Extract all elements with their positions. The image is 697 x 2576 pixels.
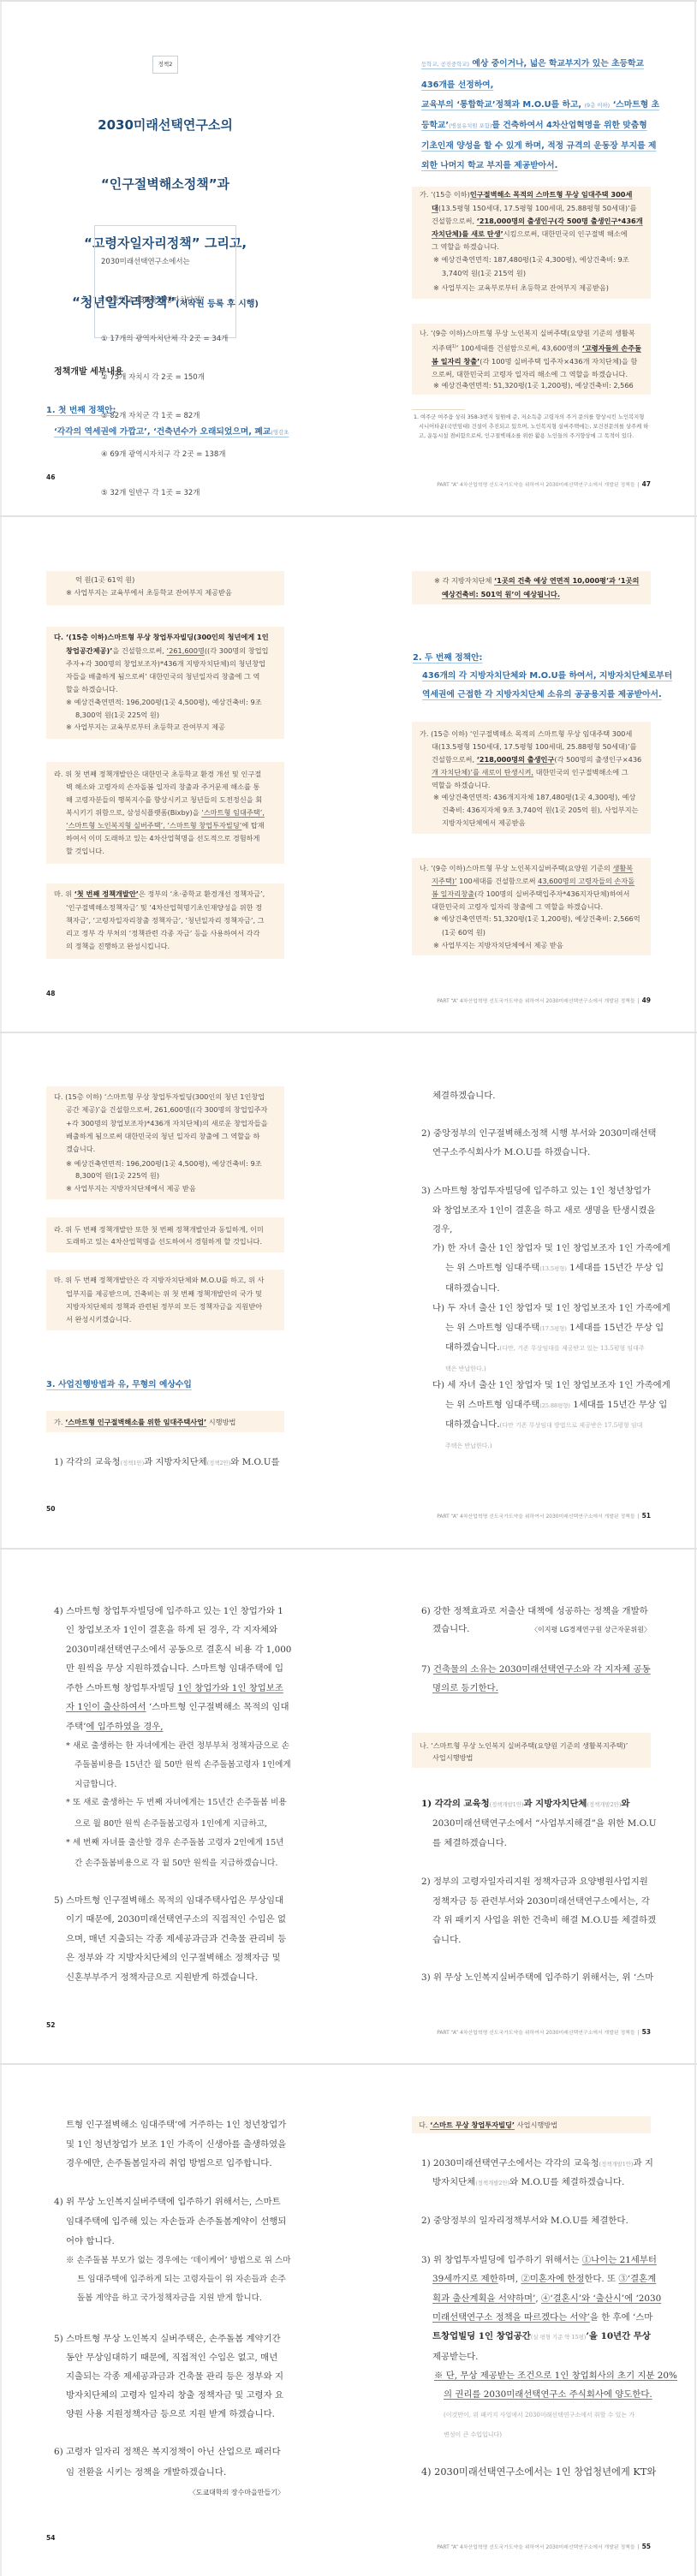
running-footer: PART “A” 4차산업혁명 선도국가도약을 위하여서 2030미래선택연구소… <box>412 990 651 1006</box>
step-text: 와 <box>621 1799 629 1809</box>
footer-separator: | <box>638 2031 640 2036</box>
policy-text-small: (영감초 <box>271 429 289 436</box>
step-text: 와 M.O.U를 <box>230 1457 279 1467</box>
footer-separator: | <box>638 999 640 1004</box>
footer-text: PART “A” 4차산업혁명 선도국가도약을 위하여서 2030미래선택연구소… <box>437 2031 634 2036</box>
substep-na: 나) 두 자녀 출산 1인 창업자 및 1인 창업보조자 1인 가족에게 는 위… <box>432 1299 670 1379</box>
policy-text: 등학교, 공진중학교) 예상 중이거나, 넓은 학교부지가 있는 초등학교 43… <box>421 54 659 176</box>
step-text: 한다. 또 <box>584 2274 618 2284</box>
step-annotation: (정책개발2안) <box>475 2180 509 2186</box>
subsection-da: 다. ‘스마트 무상 창업투자빌딩’ 사업시행방법 <box>419 2120 557 2130</box>
page-47: 등학교, 공진중학교) 예상 중이거나, 넓은 학교부지가 있는 초등학교 43… <box>348 0 697 515</box>
da-step-4: 4) 2030미래선택연구소에서는 1인 창업청년에게 KT와 <box>421 2462 656 2483</box>
info-line: “대한민국 436개 지방자치단체” <box>101 294 235 307</box>
da-step-2: 2) 중앙정부의 일자리정책부서와 M.O.U를 체결한다. <box>421 2211 628 2230</box>
subsection-ga: 가. ‘스마트형 인구절벽해소를 위한 임대주택사업’ 시행방법 <box>54 1416 235 1429</box>
step-text: 1) 각각의 교육청 <box>421 1799 490 1809</box>
step-note: ※ 손주돌봄 부모가 없는 경우에는 ‘데이케어’ 방법으로 위 스마 트 임대… <box>66 2252 291 2309</box>
policy-text: 436개의 각 지방자치단체와 M.O.U를 하여서, 지방자치단체로부터 역세… <box>422 667 672 704</box>
item-text: 100세대를 건설함으로써 <box>457 877 539 885</box>
spread-50-51: 다. (15층 이하) ‘스마트형 무상 창업투자빌딩(300인의 청년 1인창… <box>0 1032 697 1548</box>
step-emphasis: 트창업빌딩 1인 창업공간 <box>432 2331 531 2341</box>
step-emphasis: ’을 10년간 무상 <box>586 2331 651 2341</box>
step-annotation: (13.5평형) <box>539 1265 567 1272</box>
title-line: “인구절벽해소정책”과 <box>34 175 296 194</box>
title-line: 2030미래선택연구소의 <box>34 116 296 135</box>
item-text: 을 건설함으로써, <box>112 646 166 655</box>
step-7: 7) 건축물의 소유는 2030미래선택연구소와 각 지자체 공동 명의로 등기… <box>421 1660 651 1698</box>
step-note: ※ 단, 무상 제공받는 조건으로 1인 창업회사의 초기 지분 20% 의 권… <box>434 2366 677 2405</box>
running-footer: PART “A” 4차산업혁명 선도국가도약을 위하여서 2030미래선택연구소… <box>412 2536 651 2552</box>
step-text: 3) 위 창업투자빌딩에 입주하기 위해서는 <box>421 2255 582 2265</box>
spread-46-47: 정책2 2030미래선택연구소의 “인구절벽해소정책”과 “고령자일자리정책” … <box>0 0 697 515</box>
step-underline: 건축물의 소유는 2030미래선택연구소와 각 지자체 공동 명의로 등기한다. <box>432 1664 651 1694</box>
citation: 〈도쿄대학의 장수마을만들기〉 <box>46 2488 284 2498</box>
section-heading: 정책개발 세부내용 <box>54 366 123 378</box>
carry-line: ※ 사업부지는 교육부에서 초등학교 잔여부지 제공받음 <box>66 586 232 599</box>
item-note: ※ 예상건축연면적: 196,200평(1곳 4,500평), 예상건축비: 9… <box>66 1157 262 1182</box>
item-note: ※ 예상건축연면적: 51,320평(1곳 1,200평), 예상건축비: 2,… <box>433 379 634 392</box>
info-box: 2030미래선택연구소에서는 “대한민국 436개 지방자치단체” ① 17개의… <box>94 225 236 338</box>
item-emphasis: ‘218,000명의 출생인구 <box>477 755 555 764</box>
info-line: 2030미래선택연구소에서는 <box>101 256 235 269</box>
item-note: ※ 사업부지는 지방자치단체에서 제공 받음 <box>66 1182 196 1195</box>
page-51: 체결하겠습니다. 2) 중앙정부의 인구절벽해소정책 시행 부서와 2030미래… <box>348 1032 697 1548</box>
step-text: 와 M.O.U를 체결하겠습니다. <box>509 2177 624 2187</box>
footer-text: PART “A” 4차산업혁명 선도국가도약을 위하여서 2030미래선택연구소… <box>437 1514 634 1520</box>
step-text: 7) <box>421 1664 433 1675</box>
step-3: 3) 스마트형 창업투자빌딩에 입주하고 있는 1인 청년창업가 와 창업보조자… <box>421 1181 656 1240</box>
step-2: 2) 중앙정부의 인구절벽해소정책 시행 부서와 2030미래선택 연구소주식회… <box>421 1125 656 1162</box>
sub-emphasis: ‘스마트형 인구절벽해소를 위한 임대주택사업’ <box>65 1418 206 1426</box>
page-46: 정책2 2030미래선택연구소의 “인구절벽해소정책”과 “고령자일자리정책” … <box>0 0 348 515</box>
page-52: 4) 스마트형 창업투자빌딩에 입주하고 있는 1인 창업가와 1 인 창업보조… <box>0 1548 348 2063</box>
item-ga: 가. ‘(15층 이하)인구절벽해소 목적의 스마트형 무상 임대주택 300세… <box>420 188 643 253</box>
step-annotation: (정책1안) <box>121 1460 145 1466</box>
page-number: 50 <box>46 1505 55 1514</box>
page-number: 52 <box>46 2021 55 2030</box>
page-number: 46 <box>46 473 55 482</box>
page-number: 47 <box>642 480 651 488</box>
footer-separator: | <box>638 2545 640 2550</box>
item-na: 나. ‘(9층 이하)스마트형 무상 노인복지실버주택(요양원 기준의 생활복 … <box>420 862 634 913</box>
note-text: ※ 각 지방자치단체 <box>434 576 494 585</box>
carry-line: 억 원(1곳 61억 원) <box>75 574 134 586</box>
na-step-1: 1) 각각의 교육청(정책개발1안)과 지방자치단체(정책개발2안)와 2030… <box>421 1794 657 1853</box>
footer-separator: | <box>638 1514 640 1520</box>
item-note: ※ 사업부지는 지방자치단체에서 제공 받음 <box>433 939 563 952</box>
info-line: ① 17개의 광역자치단체 각 2곳 = 34개 <box>101 333 235 346</box>
step-text: 제공받는다. <box>432 2352 479 2362</box>
na-step-5: 5) 스마트형 무상 노인복지 실버주택은, 손주돌봄 계약기간 동안 무상임대… <box>54 2329 283 2424</box>
carry-note: ※ 각 지방자치단체 ‘1곳의 건축 예상 연면적 10,000평’과 ‘1곳의… <box>434 574 639 601</box>
step-text: 1) 각각의 교육청 <box>54 1457 121 1467</box>
policy-text-segment: ‘각각의 역세권에 가깝고’, ‘건축년수가 오래되었으며, 폐교 <box>54 427 271 437</box>
step-underline: 에 입주하였을 경우, <box>86 1722 163 1732</box>
item-underline: ‘261,600명 <box>166 646 204 655</box>
footer-text: PART “A” 4차산업혁명 선도국가도약을 위하여서 2030미래선택연구소… <box>437 483 634 488</box>
step-annotation: (실 평형 기준 약 15평) <box>531 2334 586 2341</box>
item-note: ※ 사업부지는 교육부로부터 초등학교 잔여부지 제공 <box>66 721 225 734</box>
page-number: 51 <box>642 1512 651 1520</box>
footer-separator: | <box>638 483 640 488</box>
page-49: ※ 각 지방자치단체 ‘1곳의 건축 예상 연면적 10,000평’과 ‘1곳의… <box>348 515 697 1032</box>
spread-52-53: 4) 스마트형 창업투자빌딩에 입주하고 있는 1인 창업가와 1 인 창업보조… <box>0 1548 697 2063</box>
step-note: * 또 새로 출생하는 두 번째 자녀에게는 15년간 손주돌봄 비용 으로 월… <box>66 1792 287 1835</box>
na-step-6: 6) 고령자 일자리 정책은 복지정책이 아닌 산업으로 패러다 임 전환을 시… <box>54 2442 281 2483</box>
item-ma: 마. 위 ‘첫 번째 정책개발안’은 정부의 ‘초·중학교 환경개선 정책자금’… <box>54 888 265 953</box>
item-note: ※ 예상건축연면적: 436개지자체 187,480평(1곳 4,300평), … <box>433 791 639 829</box>
step-underline: ②미혼자에 한정 <box>521 2274 584 2284</box>
item-underline: 개 자치단체)’를 새로이 탄생시켜, <box>432 768 533 776</box>
item-ma: 마. 위 두 번째 정책개발안은 각 지방자치단체와 M.O.U를 하고, 위 … <box>54 1274 264 1326</box>
da-step-3: 3) 위 창업투자빌딩에 입주하기 위해서는 ①나이는 21세부터 39세까지로… <box>421 2251 661 2366</box>
step-1: 1) 각각의 교육청(정책1안)과 지방자치단체(정책2안)와 M.O.U를 <box>54 1453 280 1472</box>
item-note: ※ 예상건축연면적: 187,480평(1곳 4,300평), 예상건축비: 9… <box>433 253 629 281</box>
step-note: * 세 번째 자녀를 출산할 경우 손주돌봄 고령자 2인에게 15년 간 손주… <box>66 1833 283 1874</box>
na-step-3-continued: 트형 인구절벽해소 임대주택’에 거주하는 1인 청년창업가 및 1인 청년창업… <box>66 2115 286 2173</box>
sub-text: 사업시행방법 <box>515 2121 557 2129</box>
running-footer: PART “A” 4차산업혁명 선도국가도약을 위하여서 2030미래선택연구소… <box>412 1505 651 1521</box>
policy-heading: 1. 첫 번째 정책안: <box>46 401 116 420</box>
item-note: ※ 예상건축연면적: 196,200평(1곳 4,500평), 예상건축비: 9… <box>66 696 262 721</box>
running-footer: PART “A” 4차산업혁명 선도국가도약을 위하여서 2030미래선택연구소… <box>412 2021 651 2038</box>
step-annotation: (정책개발2안) <box>587 1801 621 1808</box>
sub-emphasis: ‘스마트 무상 창업투자빌딩’ <box>430 2121 515 2129</box>
info-line: ⑤ 32개 일반구 각 1곳 = 32개 <box>101 487 235 500</box>
spread-48-49: 억 원(1곳 61억 원) ※ 사업부지는 교육부에서 초등학교 잔여부지 제공… <box>0 515 697 1032</box>
policy-text-small: (9층 이하) <box>585 102 611 109</box>
sub-text: 다. <box>419 2121 430 2129</box>
step-remark: (이것만이, 위 패키지 사업에서 2030미래선택연구소에서 취할 수 있는 … <box>444 2406 634 2446</box>
na-step-3: 3) 위 무상 노인복지실버주택에 입주하기 위해서는, 위 ‘스마 <box>421 1968 653 1987</box>
step-annotation: (25.88평형) <box>539 1402 570 1409</box>
na-step-4: 4) 위 무상 노인복지실버주택에 입주하기 위해서는, 스마트 임대주택에 입… <box>54 2192 286 2251</box>
footer-text: PART “A” 4차산업혁명 선도국가도약을 위하여서 2030미래선택연구소… <box>437 999 634 1004</box>
item-ra: 라. 위 두 번째 정책개발안 또한 첫 번째 정책개발안과 동일하게, 이미 … <box>54 1223 264 1249</box>
step-annotation: (정책2안) <box>207 1460 231 1466</box>
page-number: 48 <box>46 990 55 998</box>
section-heading: 3. 사업진행방법과 유, 무형의 예상수입 <box>46 1375 192 1395</box>
item-text: 가. ‘(15층 이하) <box>420 190 470 199</box>
sub-text: 시행방법 <box>206 1418 235 1426</box>
substep-da: 다) 세 자녀 출산 1인 창업자 및 1인 창업보조자 1인 가족에게 는 위… <box>432 1376 670 1456</box>
step-text: 과 지방자치단체 <box>144 1457 207 1467</box>
na-step-2: 2) 정부의 고령자일자리지원 정책자금과 요양병원사업지원 정책자금 등 관련… <box>421 1872 656 1949</box>
info-line: ④ 69개 광역시자치구 각 2곳 = 138개 <box>101 449 235 461</box>
footer-text: PART “A” 4차산업혁명 선도국가도약을 위하여서 2030미래선택연구소… <box>437 2545 634 2550</box>
step-text: 하며, <box>498 2274 521 2284</box>
item-text: 은 정부의 ‘초·중학교 환경개선 정책자금’, ‘인구절벽해소정책자금’ 및 … <box>66 889 265 950</box>
item-note: ※ 사업부지는 교육부로부터 초등학교 잔여부지 제공받음) <box>433 282 609 294</box>
page-55: 다. ‘스마트 무상 창업투자빌딩’ 사업시행방법 1) 2030미래선택연구소… <box>348 2063 697 2576</box>
step-annotation: (정책개발1안) <box>490 1801 524 1808</box>
item-na: 나. ‘(9층 이하)스마트형 무상 노인복지 실버주택(요양원 기준의 생활복… <box>420 327 641 381</box>
step-annotation: (정책개발1안) <box>599 2161 634 2168</box>
policy-text-small: (병설유치원 포함) <box>449 122 491 129</box>
page-53: 6) 강한 정책효과로 저출산 대책에 성공하는 정책을 개발하 겠습니다. 〈… <box>348 1548 697 2063</box>
step-text: 을 한 후에 ‘스마 <box>590 2312 652 2323</box>
substep-ga: 가) 한 자녀 출산 1인 창업자 및 1인 창업보조자 1인 가족에게 는 위… <box>432 1239 670 1299</box>
step-text: 과 지방자치단체 <box>524 1799 587 1809</box>
item-text: ’ 100세대를 건설함으로써, 43,600명의 <box>456 343 582 352</box>
step-note: * 새로 출생하는 한 자녀에게는 관련 정부부처 정책자금으로 손 주돌봄비용… <box>66 1737 291 1795</box>
page-number: 54 <box>46 2534 55 2543</box>
page-50: 다. (15층 이하) ‘스마트형 무상 창업투자빌딩(300인의 청년 1인창… <box>0 1032 348 1548</box>
step-5: 5) 스마트형 인구절벽해소 목적의 임대주택사업은 무상임대 이기 때문에, … <box>54 1891 286 1988</box>
page-48: 억 원(1곳 61억 원) ※ 사업부지는 교육부에서 초등학교 잔여부지 제공… <box>0 515 348 1032</box>
item-text: (각 500명의 출생인구×436 <box>554 755 641 764</box>
footnote-divider <box>412 409 465 410</box>
item-ra: 라. 위 첫 번째 정책개발안은 대한민국 초등학교 환경 개선 및 인구절 벽… <box>54 768 265 858</box>
da-step-1: 1) 2030미래선택연구소에서는 각각의 교육청(정책개발1안)과 지 방자치… <box>421 2155 653 2192</box>
sub-text: 가. <box>54 1418 65 1426</box>
item-text: 나. ‘(9층 이하)스마트형 무상 노인복지실버주택(요양원 기준의 <box>420 864 612 872</box>
item-text: 마. 위 <box>54 889 74 898</box>
item-da: 다. ‘(15층 이하)스마트형 무상 창업투자빌딩(300인의 청년에게 1인… <box>54 631 269 696</box>
item-note: ※ 예상건축연면적: 51,320평(1곳 1,200평), 예상건축비: 2,… <box>433 912 640 939</box>
step-text: 4) 스마트형 창업투자빌딩에 입주하고 있는 1인 창업가와 1 인 창업보조… <box>54 1606 291 1693</box>
subsection-na: 나. ‘스마트형 무상 노인복지 실버주택(요양원 기준의 생활복지주택)’ 사… <box>420 1740 628 1764</box>
item-emphasis: ‘첫 번째 정책개발안’ <box>74 889 139 898</box>
info-line: ③ 82개 자치군 각 1곳 = 82개 <box>101 410 235 423</box>
policy-text-small: 등학교, 공진중학교) <box>421 61 469 68</box>
step-text: 2030미래선택연구소에서 “사업부지해결”을 위한 M.O.U 를 체결하겠습… <box>432 1818 657 1848</box>
item-da: 다. (15층 이하) ‘스마트형 무상 창업투자빌딩(300인의 청년 1인창… <box>54 1091 268 1156</box>
step-4: 4) 스마트형 창업투자빌딩에 입주하고 있는 1인 창업가와 1 인 창업보조… <box>54 1602 291 1737</box>
step-text: , <box>535 2293 541 2304</box>
page-number: 55 <box>642 2543 651 2550</box>
item-ga: 가. (15층 이하) ‘인구절벽해소 목적의 스마트형 무상 임대주택 300… <box>420 728 641 792</box>
policy-heading: 2. 두 번째 정책안: <box>413 648 482 668</box>
spread-54-55: 트형 인구절벽해소 임대주택’에 거주하는 1인 청년창업가 및 1인 청년창업… <box>0 2063 697 2576</box>
chapter-tag: 정책2 <box>152 56 178 74</box>
citation: 〈이지평 LG경제연구원 상근자문위원〉 <box>412 1625 651 1635</box>
page-54: 트형 인구절벽해소 임대주택’에 거주하는 1인 청년창업가 및 1인 청년창업… <box>0 2063 348 2576</box>
step-annotation: (17.5평형) <box>539 1325 567 1332</box>
page-number: 49 <box>642 996 651 1004</box>
page-number: 53 <box>642 2028 651 2036</box>
running-footer: PART “A” 4차산업혁명 선도국가도약을 위하여서 2030미래선택연구소… <box>412 473 651 490</box>
step-text: 1) 2030미래선택연구소에서는 각각의 교육청 <box>421 2158 599 2168</box>
footnote: 1. 여주군 여주읍 상리 358-3번지 일원에 준, 저소득층 고령자의 주… <box>414 413 648 441</box>
policy-text: ‘각각의 역세권에 가깝고’, ‘건축년수가 오래되었으며, 폐교(영감초 <box>54 422 289 443</box>
step-1-continued: 체결하겠습니다. <box>432 1086 496 1105</box>
